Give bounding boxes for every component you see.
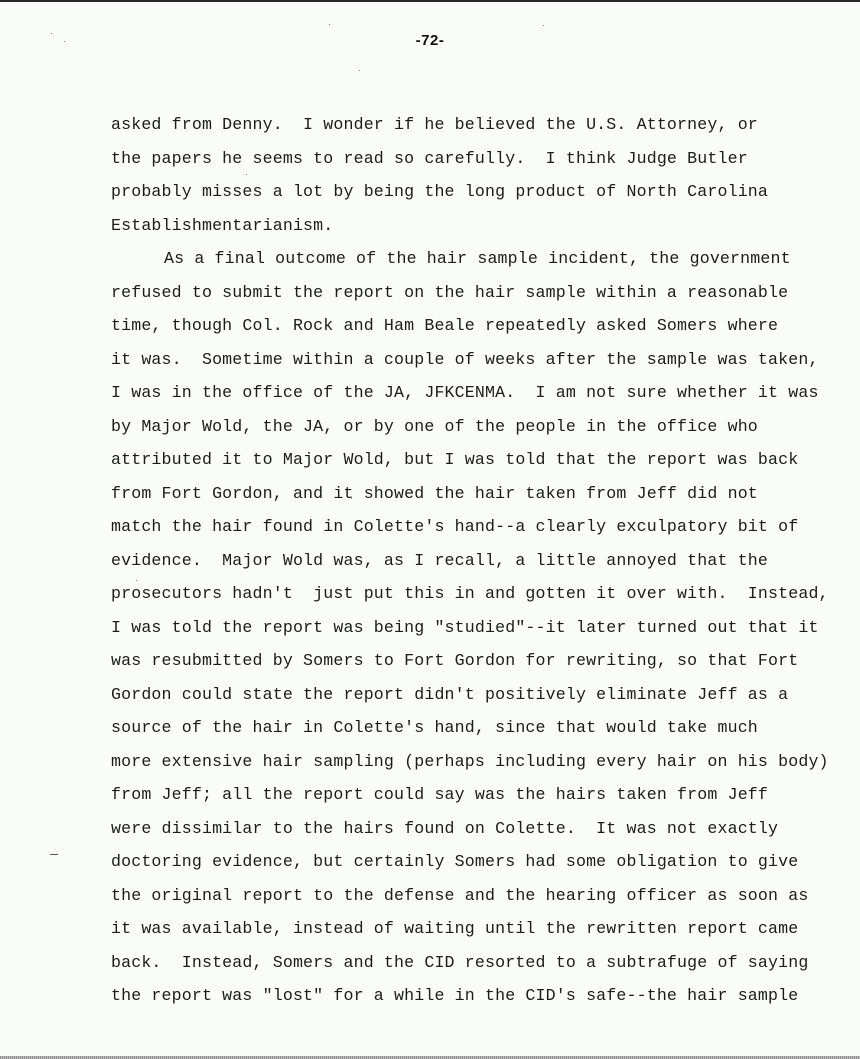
- text-line: more extensive hair sampling (perhaps in…: [111, 750, 851, 784]
- text-line: it was available, instead of waiting unt…: [111, 917, 851, 951]
- text-line: source of the hair in Colette's hand, si…: [111, 716, 851, 750]
- text-line: evidence. Major Wold was, as I recall, a…: [111, 549, 851, 583]
- scan-speck: [246, 174, 247, 175]
- text-line: I was in the office of the JA, JFKCENMA.…: [111, 381, 851, 415]
- scan-speck: [136, 580, 137, 581]
- scan-speck: [51, 33, 52, 34]
- scan-speck: [359, 70, 360, 71]
- text-line: prosecutors hadn't just put this in and …: [111, 582, 851, 616]
- text-line: were dissimilar to the hairs found on Co…: [111, 817, 851, 851]
- margin-mark: [50, 854, 58, 855]
- text-line: Gordon could state the report didn't pos…: [111, 683, 851, 717]
- text-line: match the hair found in Colette's hand--…: [111, 515, 851, 549]
- text-line: it was. Sometime within a couple of week…: [111, 348, 851, 382]
- text-line: probably misses a lot by being the long …: [111, 180, 851, 214]
- text-line: the original report to the defense and t…: [111, 884, 851, 918]
- paragraph: asked from Denny. I wonder if he believe…: [111, 113, 851, 247]
- text-line: the papers he seems to read so carefully…: [111, 147, 851, 181]
- text-line: back. Instead, Somers and the CID resort…: [111, 951, 851, 985]
- text-line: I was told the report was being "studied…: [111, 616, 851, 650]
- page-number: -72-: [0, 32, 860, 49]
- scan-speck: [64, 41, 65, 42]
- text-line: attributed it to Major Wold, but I was t…: [111, 448, 851, 482]
- text-line: refused to submit the report on the hair…: [111, 281, 851, 315]
- text-line: time, though Col. Rock and Ham Beale rep…: [111, 314, 851, 348]
- document-body: asked from Denny. I wonder if he believe…: [111, 113, 851, 1018]
- text-line: Establishmentarianism.: [111, 214, 851, 248]
- text-line: from Fort Gordon, and it showed the hair…: [111, 482, 851, 516]
- page-top-edge: [0, 0, 860, 2]
- text-line: asked from Denny. I wonder if he believe…: [111, 113, 851, 147]
- text-line: from Jeff; all the report could say was …: [111, 783, 851, 817]
- scan-speck: [351, 498, 352, 499]
- text-line: doctoring evidence, but certainly Somers…: [111, 850, 851, 884]
- paragraph: As a final outcome of the hair sample in…: [111, 247, 851, 1018]
- text-line: the report was "lost" for a while in the…: [111, 984, 851, 1018]
- text-line: was resubmitted by Somers to Fort Gordon…: [111, 649, 851, 683]
- scan-speck: [543, 25, 544, 26]
- text-line: As a final outcome of the hair sample in…: [111, 247, 851, 281]
- scan-speck: [329, 24, 330, 25]
- text-line: by Major Wold, the JA, or by one of the …: [111, 415, 851, 449]
